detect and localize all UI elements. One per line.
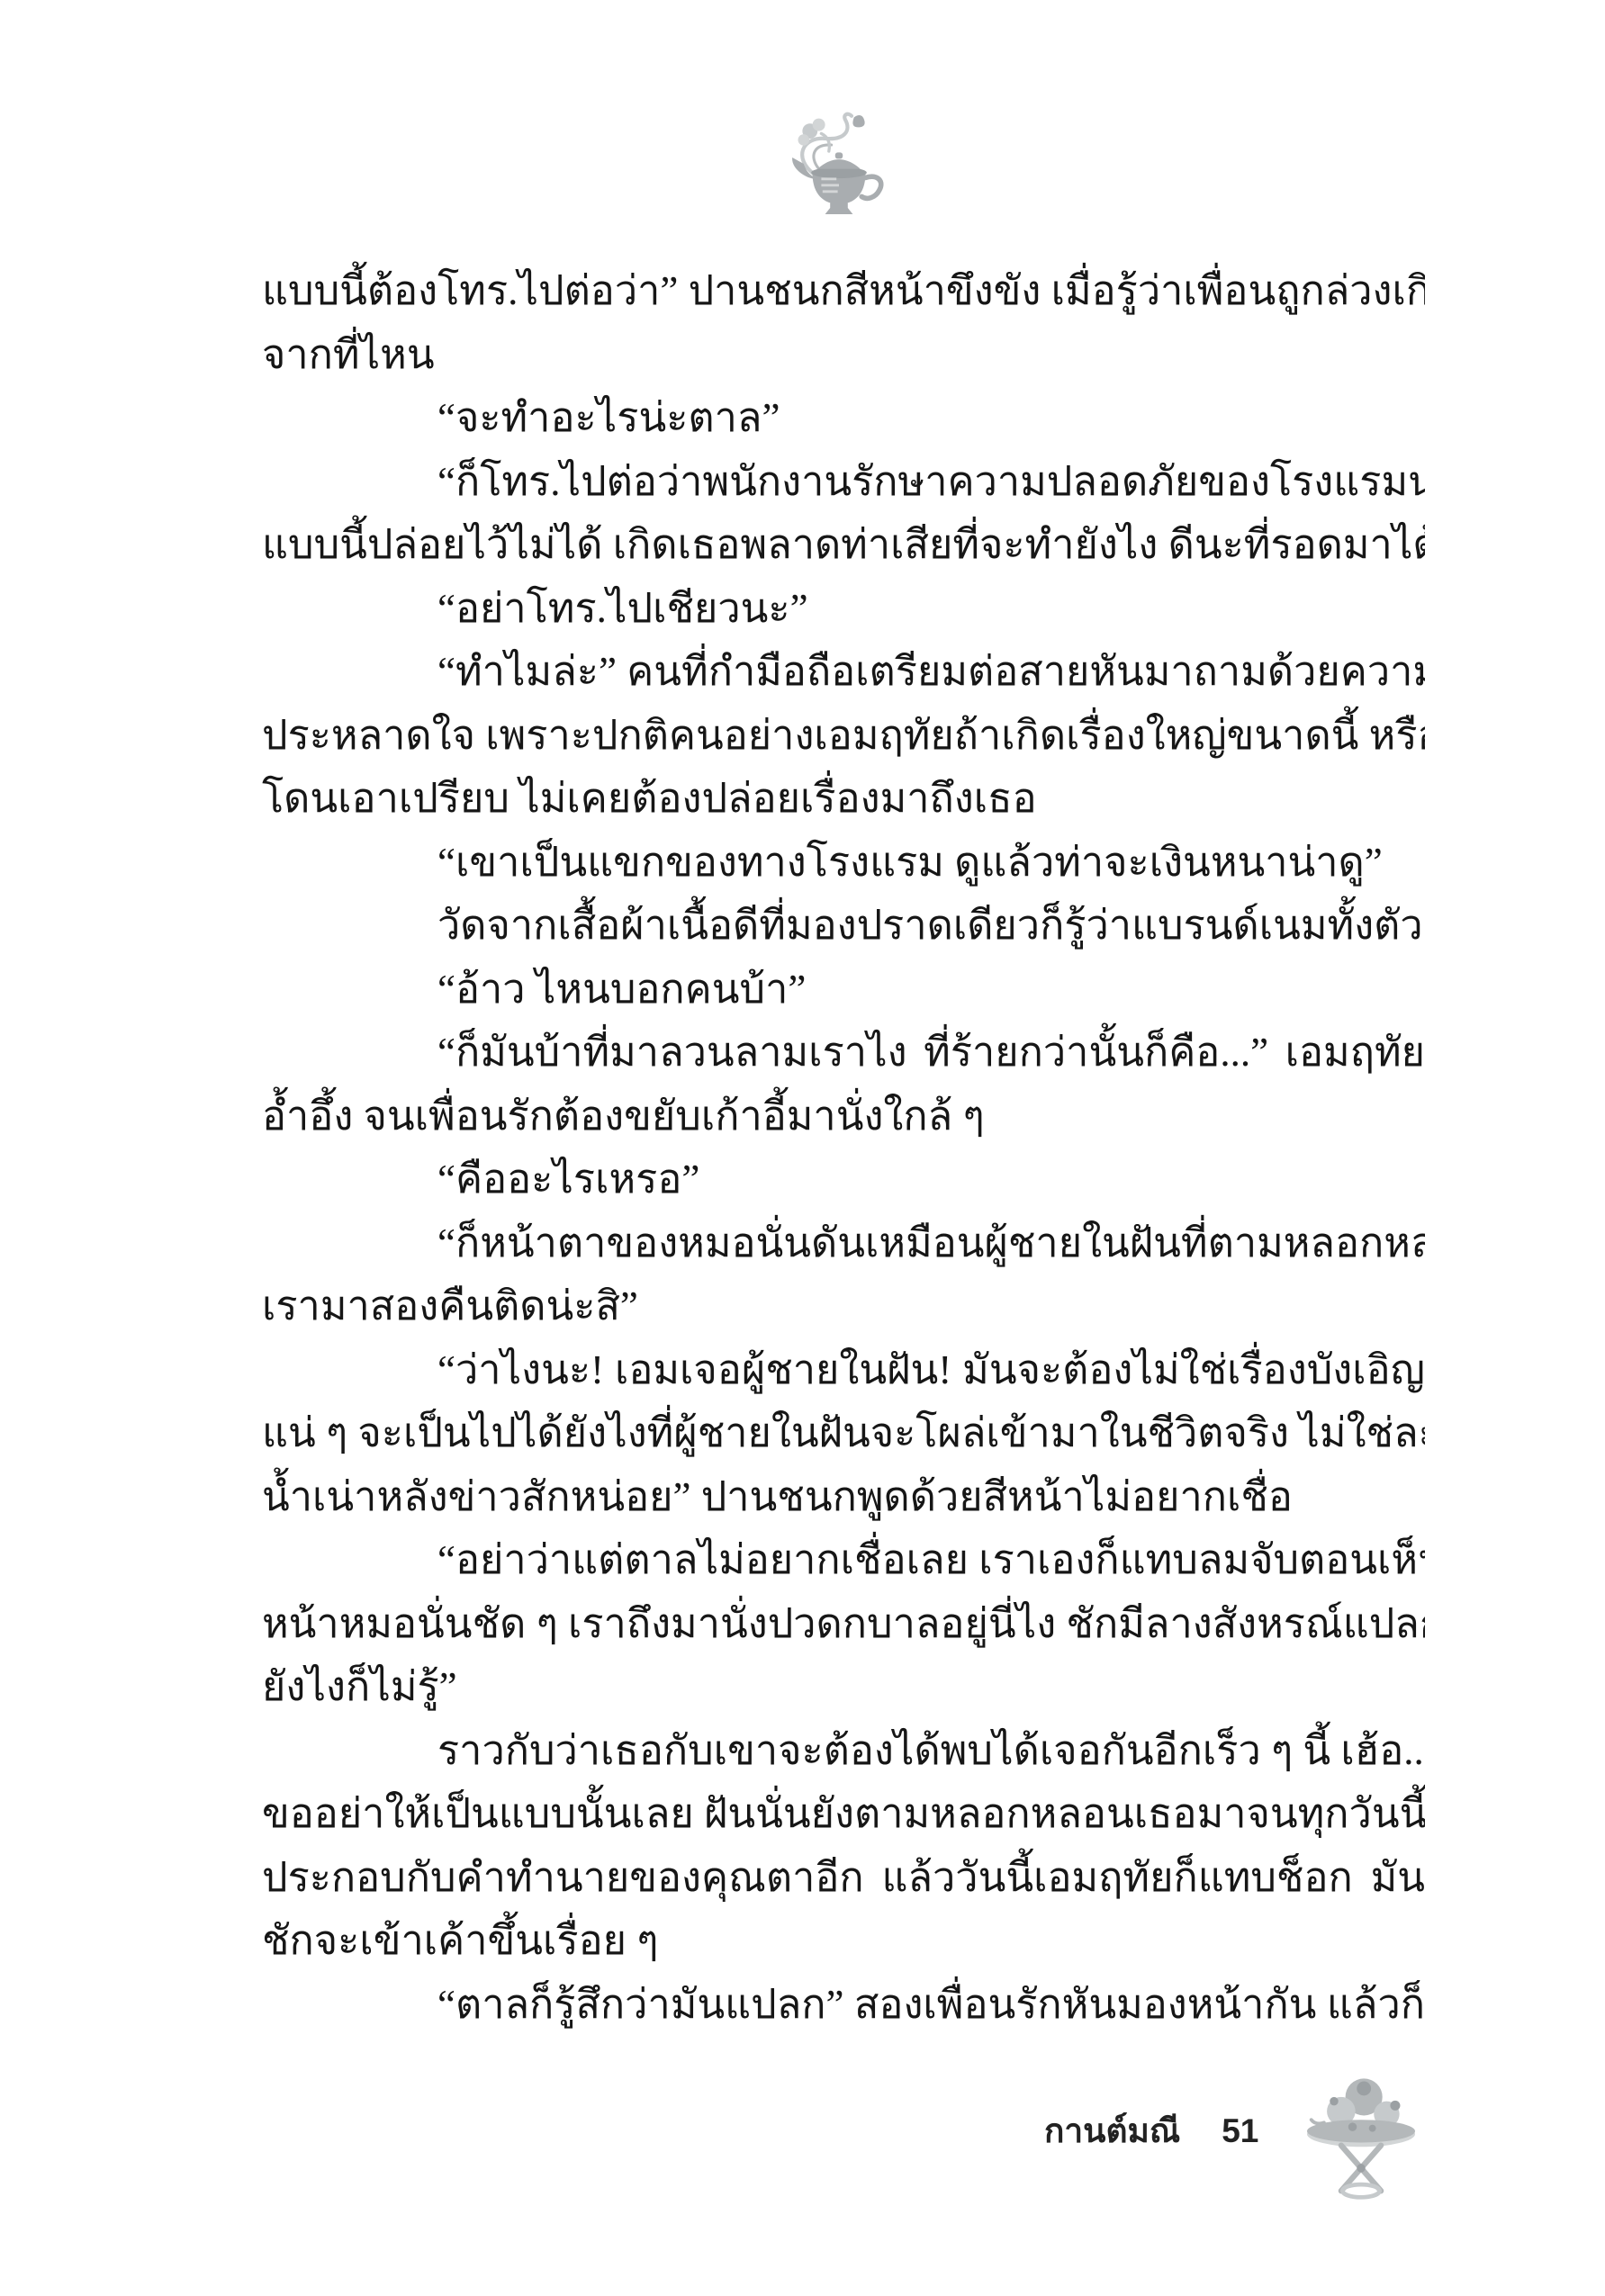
text-line: “เขาเป็นแขกของทางโรงแรม ดูแล้วท่าจะเงินห… bbox=[262, 831, 1425, 895]
text-line: แน่ ๆ จะเป็นไปได้ยังไงที่ผู้ชายในฝันจะโผ… bbox=[262, 1401, 1425, 1465]
text-line: ประหลาดใจ เพราะปกติคนอย่างเอมฤทัยถ้าเกิด… bbox=[262, 704, 1425, 768]
footer-book-title: กานต์มณี bbox=[1044, 2104, 1180, 2157]
text-line: แบบนี้ปล่อยไว้ไม่ได้ เกิดเธอพลาดท่าเสียท… bbox=[262, 513, 1425, 577]
text-line: หน้าหมอนั่นชัด ๆ เราถึงมานั่งปวดกบาลอยู่… bbox=[262, 1592, 1425, 1656]
text-line: “ก็มันบ้าที่มาลวนลามเราไง ที่ร้ายกว่านั้… bbox=[262, 1021, 1425, 1085]
teapot-ornament-icon bbox=[776, 101, 902, 227]
book-page: แบบนี้ต้องโทร.ไปต่อว่า” ปานชนกสีหน้าขึงข… bbox=[0, 0, 1605, 2296]
text-line: อ้ำอึ้ง จนเพื่อนรักต้องขยับเก้าอี้มานั่ง… bbox=[262, 1085, 1425, 1148]
text-line: เรามาสองคืนติดน่ะสิ” bbox=[262, 1274, 1425, 1338]
text-line: “ก็หน้าตาของหมอนั่นดันเหมือนผู้ชายในฝันท… bbox=[262, 1211, 1425, 1275]
text-line: “คืออะไรเหรอ” bbox=[262, 1148, 1425, 1211]
text-line: “อย่าว่าแต่ตาลไม่อยากเชื่อเลย เราเองก็แท… bbox=[262, 1528, 1425, 1592]
text-line: “จะทำอะไรน่ะตาล” bbox=[262, 386, 1425, 450]
text-line: “ก็โทร.ไปต่อว่าพนักงานรักษาความปลอดภัยขอ… bbox=[262, 450, 1425, 514]
page-footer: กานต์มณี 51 bbox=[1044, 2104, 1258, 2157]
text-lines: แบบนี้ต้องโทร.ไปต่อว่า” ปานชนกสีหน้าขึงข… bbox=[262, 259, 1425, 2036]
text-line: น้ำเน่าหลังข่าวสักหน่อย” ปานชนกพูดด้วยสี… bbox=[262, 1465, 1425, 1529]
text-line: ราวกับว่าเธอกับเขาจะต้องได้พบได้เจอกันอี… bbox=[262, 1719, 1425, 1783]
text-line: “ตาลก็รู้สึกว่ามันแปลก” สองเพื่อนรักหันม… bbox=[262, 1973, 1425, 2037]
text-line: แบบนี้ต้องโทร.ไปต่อว่า” ปานชนกสีหน้าขึงข… bbox=[262, 259, 1425, 323]
text-line: ชักจะเข้าเค้าขึ้นเรื่อย ๆ bbox=[262, 1909, 1425, 1973]
text-line: วัดจากเสื้อผ้าเนื้อดีที่มองปราดเดียวก็รู… bbox=[262, 894, 1425, 958]
text-line: ประกอบกับคำทำนายของคุณตาอีก แล้ววันนี้เอ… bbox=[262, 1846, 1425, 1910]
text-line: “อย่าโทร.ไปเชียวนะ” bbox=[262, 577, 1425, 641]
footer-page-number: 51 bbox=[1222, 2112, 1258, 2150]
dessert-ornament-icon bbox=[1289, 2063, 1433, 2205]
text-line: ยังไงก็ไม่รู้” bbox=[262, 1655, 1425, 1719]
text-line: “ว่าไงนะ! เอมเจอผู้ชายในฝัน! มันจะต้องไม… bbox=[262, 1338, 1425, 1402]
text-line: จากที่ไหน bbox=[262, 323, 1425, 387]
text-line: “ทำไมล่ะ” คนที่กำมือถือเตรียมต่อสายหันมา… bbox=[262, 640, 1425, 704]
text-line: โดนเอาเปรียบ ไม่เคยต้องปล่อยเรื่องมาถึงเ… bbox=[262, 767, 1425, 831]
text-line: “อ้าว ไหนบอกคนบ้า” bbox=[262, 958, 1425, 1022]
text-line: ขออย่าให้เป็นแบบนั้นเลย ฝันนั่นยังตามหลอ… bbox=[262, 1782, 1425, 1846]
